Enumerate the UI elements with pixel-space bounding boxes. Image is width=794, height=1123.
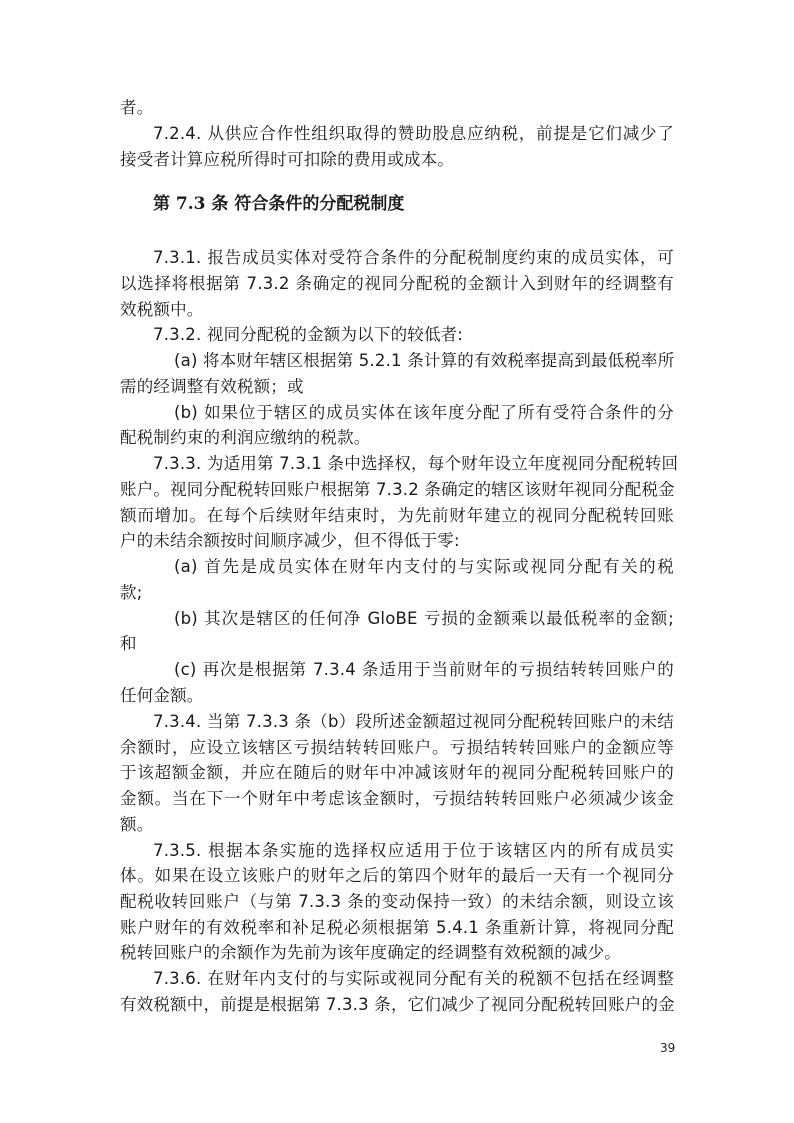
text-line: (b) 其次是辖区的任何净 GloBE 亏损的金额乘以最低税率的金额; xyxy=(174,607,674,631)
text-line: 接受者计算应税所得时可扣除的费用或成本。 xyxy=(120,148,674,172)
text-line: 以选择将根据第 7.3.2 条确定的视同分配税的金额计入到财年的经调整有 xyxy=(120,272,674,296)
section-heading: 第 7.3 条 符合条件的分配税制度 xyxy=(153,189,404,214)
text-line: 金额。当在下一个财年中考虑该金额时，亏损结转转回账户必须减少该金 xyxy=(120,787,674,811)
text-line: 体。如果在设立该账户的财年之后的第四个财年的最后一天有一个视同分 xyxy=(120,864,674,888)
text-line: 账户财年的有效税率和补足税必须根据第 5.4.1 条重新计算，将视同分配 xyxy=(120,916,674,940)
text-line: 税转回账户的余额作为先前为该年度确定的经调整有效税额的减少。 xyxy=(120,941,674,965)
text-line: 7.3.3. 为适用第 7.3.1 条中选择权，每个财年设立年度视同分配税转回 xyxy=(153,452,674,476)
text-line: 余额时，应设立该辖区亏损结转转回账户。亏损结转转回账户的金额应等 xyxy=(120,736,674,760)
text-line: (a) 首先是成员实体在财年内支付的与实际或视同分配有关的税 xyxy=(174,555,674,579)
text-line: 配税收转回账户（与第 7.3.3 条的变动保持一致）的未结余额，则设立该 xyxy=(120,890,674,914)
text-line: (c) 再次是根据第 7.3.4 条适用于当前财年的亏损结转转回账户的 xyxy=(174,658,674,682)
text-line: 户的未结余额按时间顺序减少，但不得低于零: xyxy=(120,529,674,553)
text-line: 账户。视同分配税转回账户根据第 7.3.2 条确定的辖区该财年视同分配税金 xyxy=(120,478,674,502)
text-line: 者。 xyxy=(120,96,674,120)
text-line: 和 xyxy=(120,632,674,656)
text-line: 效税额中。 xyxy=(120,298,674,322)
text-line: (a) 将本财年辖区根据第 5.2.1 条计算的有效税率提高到最低税率所 xyxy=(174,349,674,373)
text-line: 7.2.4. 从供应合作性组织取得的赞助股息应纳税，前提是它们减少了 xyxy=(153,122,674,146)
page-number: 39 xyxy=(660,1041,675,1055)
document-page: 第 7.3 条 符合条件的分配税制度 者。7.2.4. 从供应合作性组织取得的赞… xyxy=(0,0,794,1123)
text-line: 于该超额金额，并应在随后的财年中冲减该财年的视同分配税转回账户的 xyxy=(120,761,674,785)
text-line: 7.3.5. 根据本条实施的选择权应适用于位于该辖区内的所有成员实 xyxy=(153,839,674,863)
text-line: 额而增加。在每个后续财年结束时，为先前财年建立的视同分配税转回账 xyxy=(120,504,674,528)
text-line: 配税制约束的利润应缴纳的税款。 xyxy=(120,426,674,450)
text-line: 7.3.1. 报告成员实体对受符合条件的分配税制度约束的成员实体，可 xyxy=(153,246,674,270)
text-line: 任何金额。 xyxy=(120,684,674,708)
text-line: 7.3.4. 当第 7.3.3 条（b）段所述金额超过视同分配税转回账户的未结 xyxy=(153,710,674,734)
text-line: 有效税额中，前提是根据第 7.3.3 条，它们减少了视同分配税转回账户的金 xyxy=(120,993,674,1017)
text-line: 需的经调整有效税额；或 xyxy=(120,375,674,399)
text-line: 7.3.2. 视同分配税的金额为以下的较低者: xyxy=(153,323,674,347)
text-line: 7.3.6. 在财年内支付的与实际或视同分配有关的税额不包括在经调整 xyxy=(153,967,674,991)
text-line: 款; xyxy=(120,581,674,605)
text-line: (b) 如果位于辖区的成员实体在该年度分配了所有受符合条件的分 xyxy=(174,401,674,425)
text-line: 额。 xyxy=(120,813,674,837)
